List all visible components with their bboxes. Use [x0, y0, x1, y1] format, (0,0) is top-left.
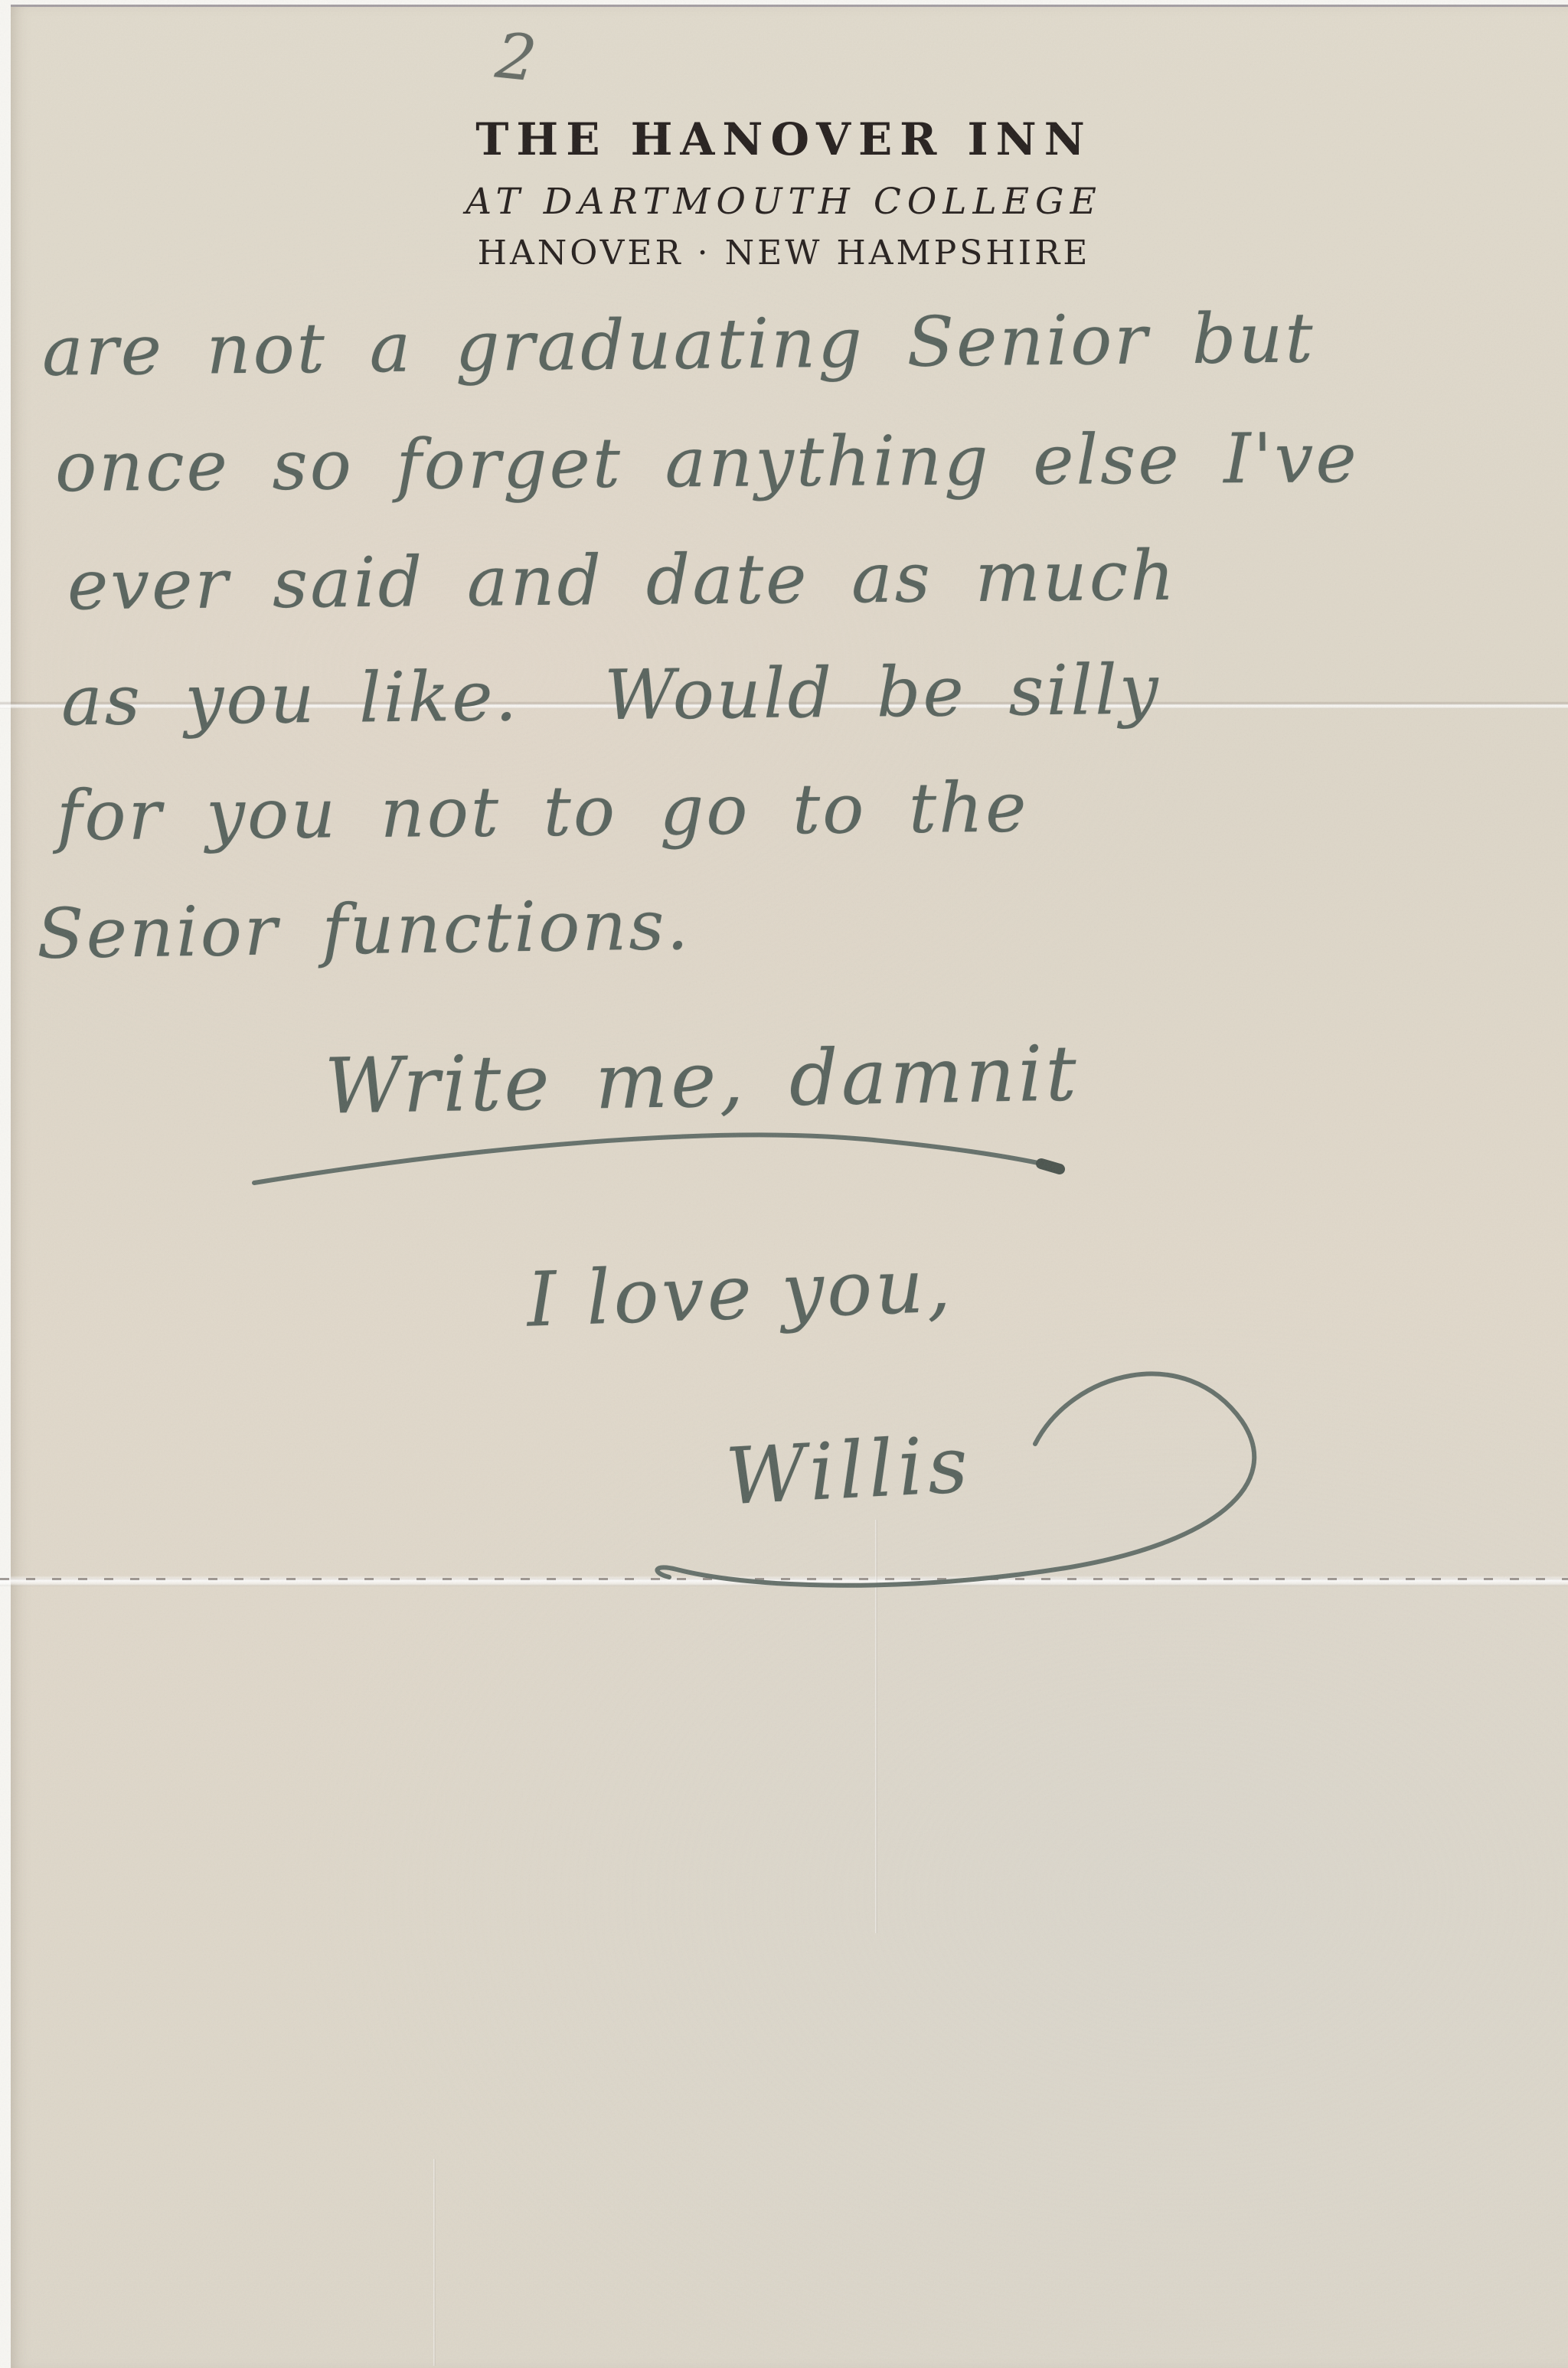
handwritten-emphasis-line: Write me, damnit [324, 1028, 1080, 1131]
scanned-letter-page: THE HANOVER INN AT DARTMOUTH COLLEGE HAN… [0, 0, 1568, 2368]
handwritten-line: as you like. Would be silly [60, 649, 1161, 741]
handwritten-line: once so forget anything else I've [55, 418, 1359, 508]
handwritten-line: ever said and date as much [67, 536, 1178, 626]
letterhead-inn-name: THE HANOVER INN [0, 113, 1568, 165]
handwritten-line: Senior functions. [36, 885, 691, 975]
handwritten-line: are not a graduating Senior but [41, 298, 1315, 391]
handwritten-valediction: I love you, [525, 1242, 955, 1344]
letterhead-subtitle: AT DARTMOUTH COLLEGE [0, 181, 1568, 223]
handwritten-signature: Willis [724, 1419, 975, 1524]
handwritten-page-number: 2 [492, 20, 540, 96]
letterhead-city-line: HANOVER · NEW HAMPSHIRE [0, 234, 1568, 273]
handwritten-line: for you not to go to the [57, 767, 1029, 856]
